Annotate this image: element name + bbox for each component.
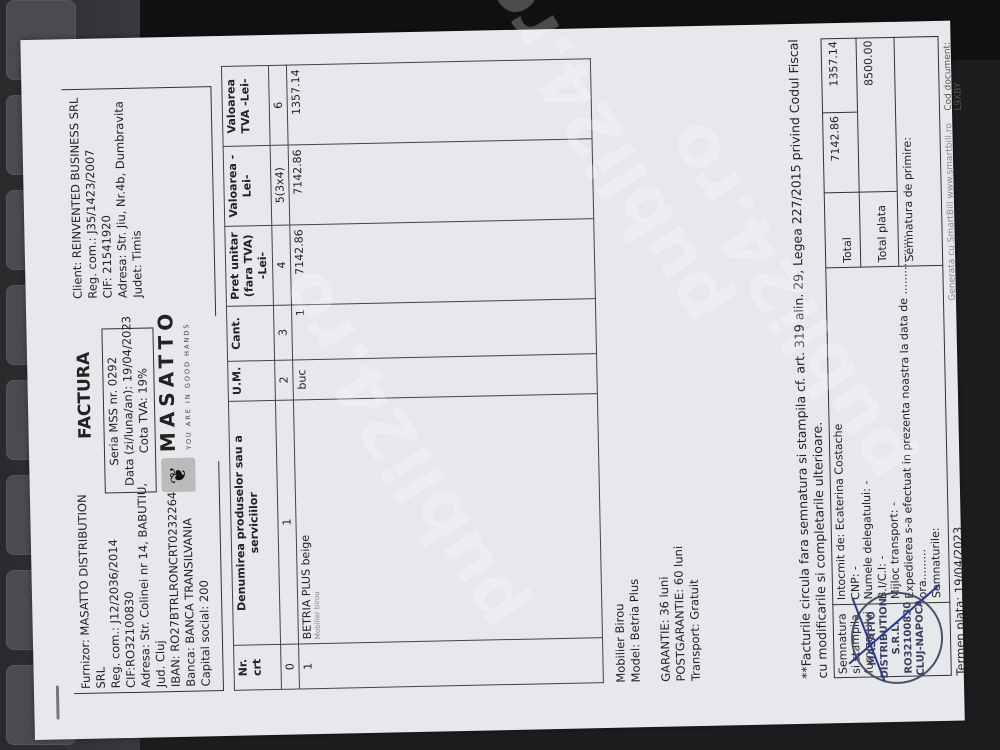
index-cell: 5(3x4) <box>270 145 290 225</box>
row-nr: 1 <box>299 638 604 689</box>
note-line: POSTGARANTIE: 60 luni <box>671 546 689 682</box>
index-cell: 2 <box>275 360 294 400</box>
col-um: U.M. <box>228 360 276 401</box>
col-unit-price: Pret unitar (fara TVA) -Lei- <box>225 225 274 306</box>
note-line: Transport: Gratuit <box>686 545 704 681</box>
logo-tagline: YOU ARE IN GOOD HANDS <box>182 322 193 449</box>
receipt-signature-label: Semnatura de primire: <box>900 137 918 262</box>
supplier-info: Furnizor: MASATTO DISTRIBUTION SRL Reg. … <box>74 469 214 689</box>
invoice-title: FACTURA <box>77 352 94 439</box>
client-info: Client: REINVENTED BUSINESS SRL Reg. com… <box>67 96 146 299</box>
document-code: Cod document: L9XBY <box>942 20 964 110</box>
total-vat: 1357.14 <box>826 41 842 111</box>
total-value: 7142.86 <box>827 116 844 188</box>
logo-brand: MASATTO <box>158 309 176 453</box>
items-table: Nr. crt Denumirea produselor sau a servi… <box>221 58 604 691</box>
notes: Mobilier Birou Model: Betria Plus GARANT… <box>611 545 704 682</box>
payment-due: Termen plata: 19/04/2023 <box>951 527 969 676</box>
row-um: buc <box>293 353 598 399</box>
col-value: Valoarea -Lei- <box>223 145 272 226</box>
total-label: Total <box>840 237 856 263</box>
total-pay-label: Total plata <box>874 205 890 262</box>
row-qty: 1 <box>291 298 596 359</box>
masatto-logo-icon: ❦ <box>161 458 196 493</box>
row-vat: 1357.14 <box>286 59 592 145</box>
table-row: 1 BETRIA PLUS beige Mobilier birou buc 1… <box>286 59 603 689</box>
invoice-meta: Seria MSS nr. 0292 Data (zi/luna/an): 19… <box>105 336 153 487</box>
col-vat: Valoarea TVA -Lei- <box>221 65 270 146</box>
delegate-info: Intocmit de: Ecaterina Costache CNP: - N… <box>828 234 944 600</box>
invoice-date: Data (zi/luna/an): 19/04/2023 <box>120 336 138 486</box>
col-qty: Cant. <box>226 305 274 361</box>
row-value: 7142.86 <box>288 139 594 225</box>
total-pay-value: 8500.00 <box>861 40 877 110</box>
index-cell: 4 <box>272 225 292 305</box>
index-cell: 3 <box>273 305 292 360</box>
index-cell: 6 <box>268 65 288 145</box>
row-unit-price: 7142.86 <box>290 219 596 305</box>
row-description: BETRIA PLUS beige Mobilier birou <box>293 393 602 644</box>
invoice-page: Furnizor: MASATTO DISTRIBUTION SRL Reg. … <box>20 21 964 740</box>
generator-credit: Generata cu SmartBill www.smartbill.ro <box>944 123 958 301</box>
col-nr: Nr. crt <box>234 644 282 690</box>
col-description: Denumirea produselor sau a serviciilor <box>228 400 280 645</box>
index-cell: 0 <box>281 644 300 689</box>
staple-mark <box>56 685 60 719</box>
invoice-vat-rate: Cota TVA: 19% <box>135 336 153 486</box>
